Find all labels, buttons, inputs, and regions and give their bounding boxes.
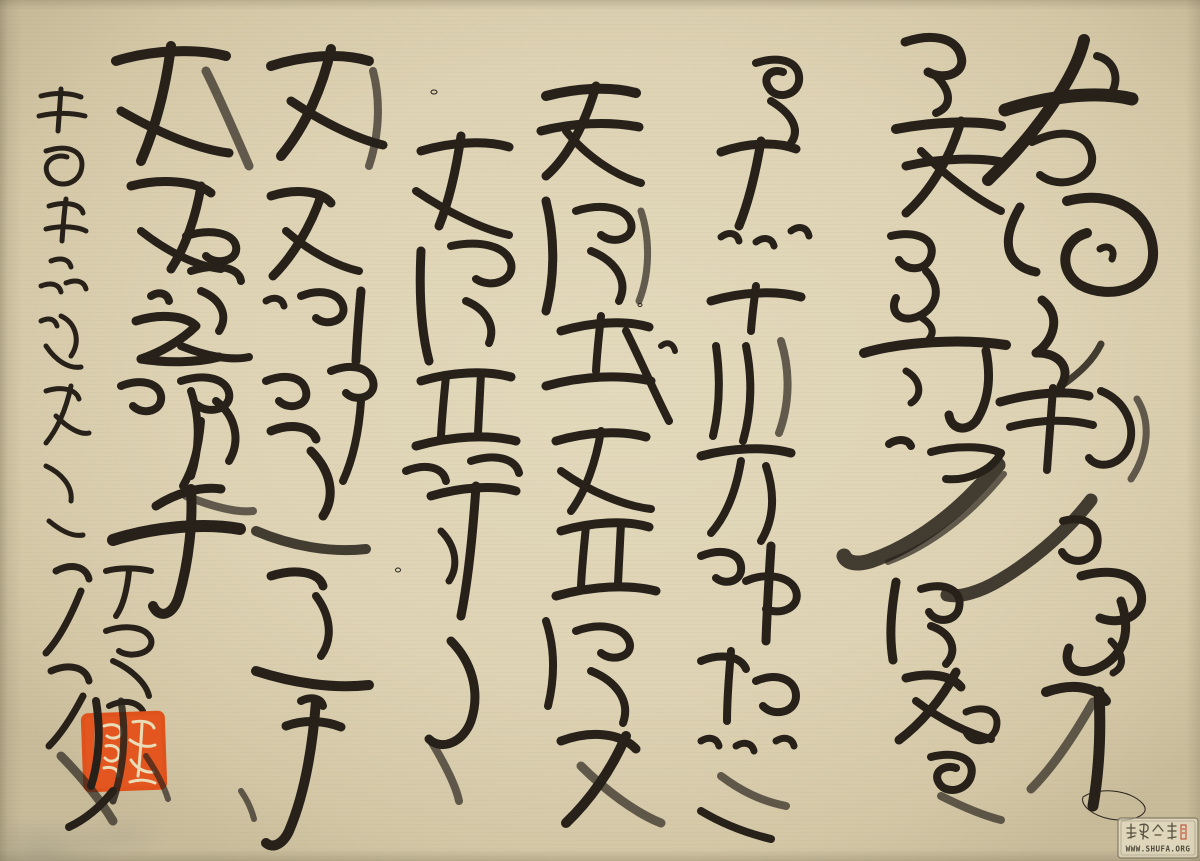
colophon-title-column [39,89,89,535]
calligraphy-column-2 [844,37,1006,820]
calligraphy-column-8 [113,46,249,614]
calligraphy-column-6 [256,49,383,846]
calligraphy-column-3 [701,60,809,839]
calligraphy-column-5 [406,136,519,801]
watermark-url: WWW.SHUFA.ORG [1126,845,1191,854]
site-watermark: WWW.SHUFA.ORG [1118,818,1198,858]
calligraphy-column-4 [541,86,675,823]
calligraphy-artwork: 二十四诗品·流动 司空图 若纳水輨,如转丸珠。夫岂可道,假体遗愚。荒荒坤轴,悠悠… [0,0,1200,861]
